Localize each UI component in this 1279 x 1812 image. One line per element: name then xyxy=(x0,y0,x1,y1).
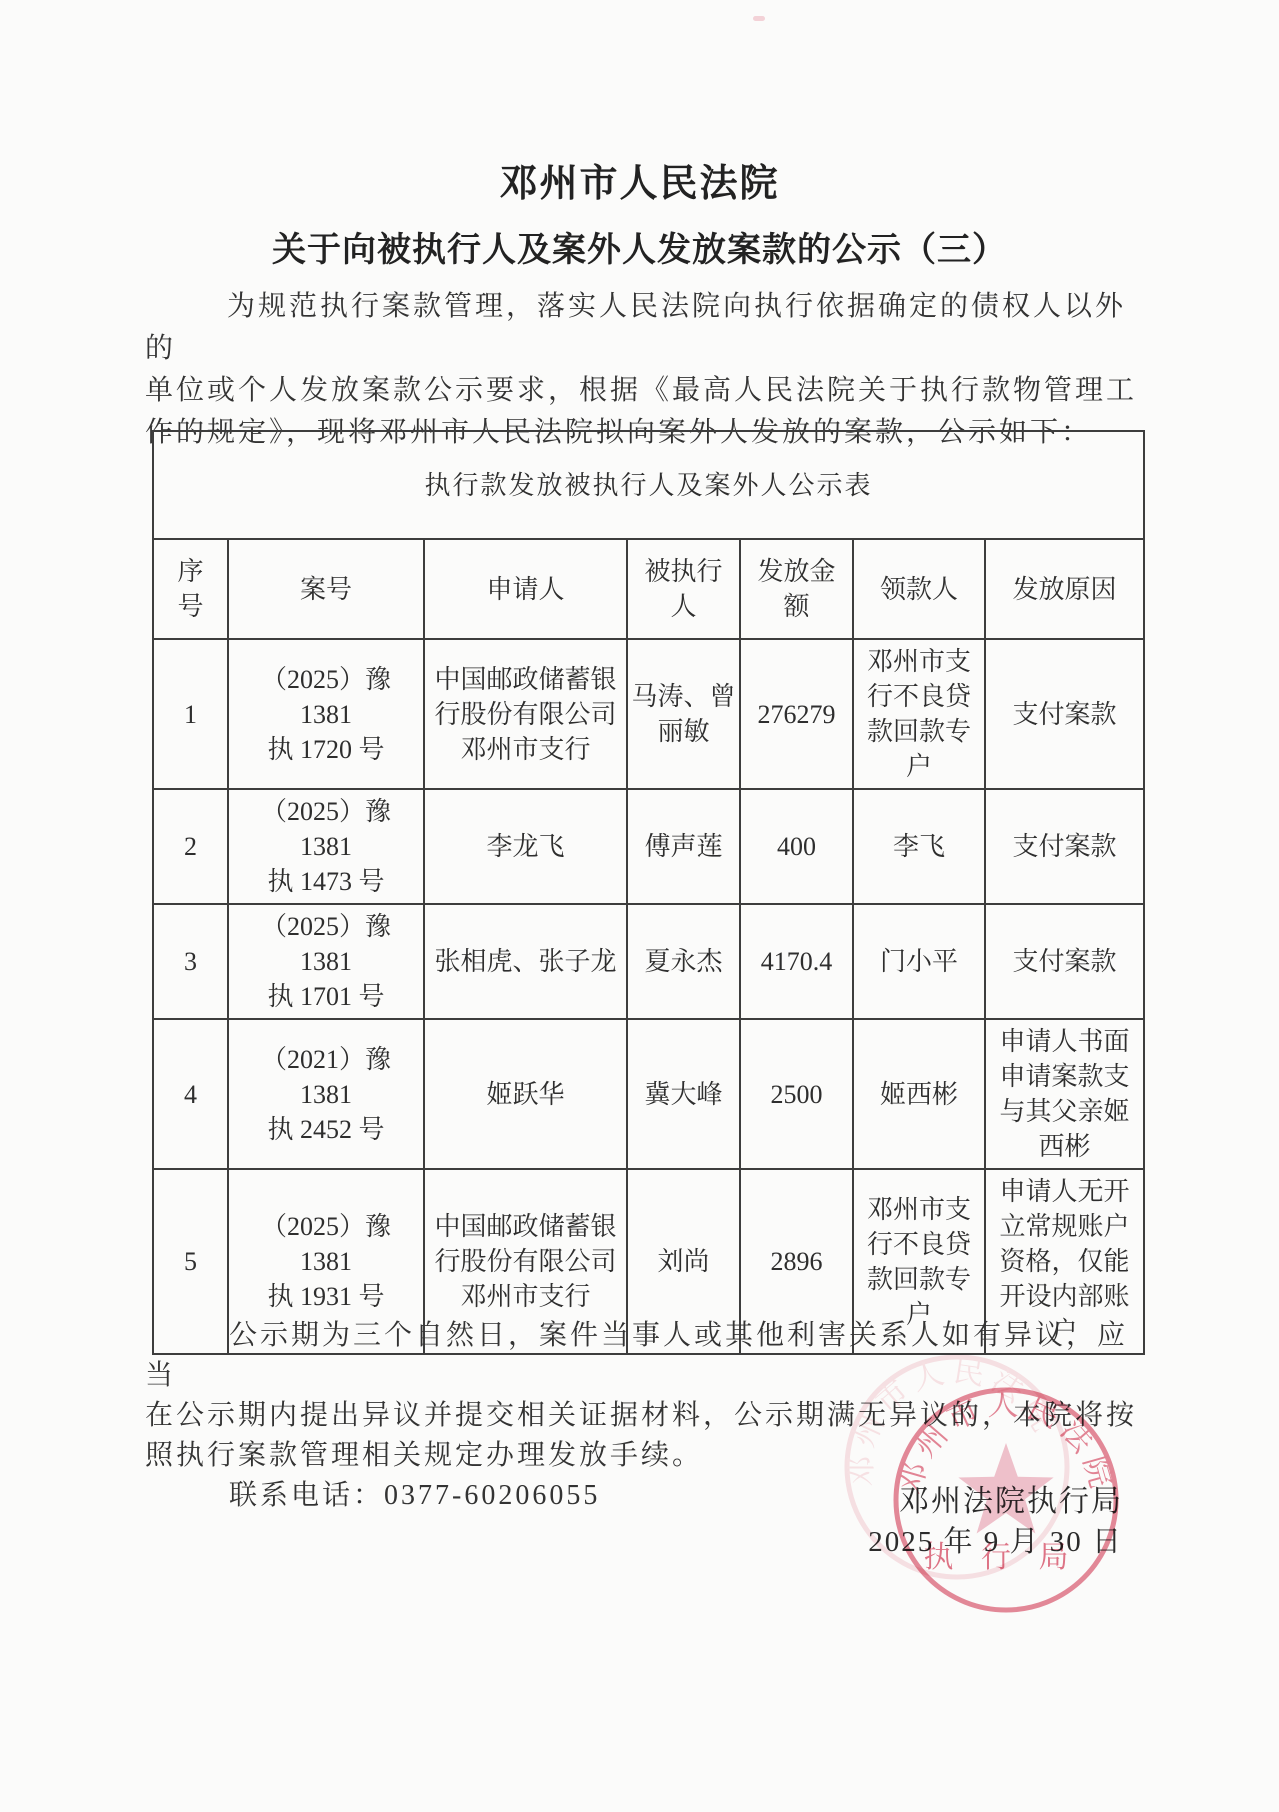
row-4-reason: 申请人书面申请案款支与其父亲姬西彬 xyxy=(985,1019,1144,1169)
table-caption: 执行款发放被执行人及案外人公示表 xyxy=(153,431,1144,539)
case-number-line: 执 1473 号 xyxy=(237,864,415,899)
row-4-amount: 2500 xyxy=(740,1019,853,1169)
row-2-seq: 2 xyxy=(153,789,228,904)
case-number-line: （2021）豫 1381 xyxy=(237,1042,415,1112)
case-number-line: （2025）豫 1381 xyxy=(237,662,415,732)
row-1-reason: 支付案款 xyxy=(985,639,1144,789)
table-row: 4 （2021）豫 1381 执 2452 号 姬跃华 冀大峰 2500 姬西彬… xyxy=(153,1019,1144,1169)
header-amount: 发放金额 xyxy=(740,539,853,639)
row-1-respondent: 马涛、曾丽敏 xyxy=(627,639,740,789)
closing-line-1: 公示期为三个自然日，案件当事人或其他利害关系人如有异议，应当 xyxy=(145,1316,1140,1396)
header-seq: 序号 xyxy=(153,539,228,639)
table-row: 3 （2025）豫 1381 执 1701 号 张相虎、张子龙 夏永杰 4170… xyxy=(153,904,1144,1019)
scan-ink-smudge xyxy=(753,16,765,21)
row-2-payee: 李飞 xyxy=(853,789,985,904)
closing-line-3: 照执行案款管理相关规定办理发放手续。 xyxy=(145,1436,1140,1476)
header-respondent: 被执行人 xyxy=(627,539,740,639)
row-2-reason: 支付案款 xyxy=(985,789,1144,904)
row-4-case-number: （2021）豫 1381 执 2452 号 xyxy=(228,1019,424,1169)
table-row: 1 （2025）豫 1381 执 1720 号 中国邮政储蓄银行股份有限公司邓州… xyxy=(153,639,1144,789)
row-1-seq: 1 xyxy=(153,639,228,789)
case-funds-table: 执行款发放被执行人及案外人公示表 序号 案号 申请人 被执行人 发放金额 领款人… xyxy=(152,430,1145,1355)
row-2-case-number: （2025）豫 1381 执 1473 号 xyxy=(228,789,424,904)
case-number-line: （2025）豫 1381 xyxy=(237,909,415,979)
case-number-line: 执 1701 号 xyxy=(237,979,415,1014)
row-1-applicant: 中国邮政储蓄银行股份有限公司邓州市支行 xyxy=(424,639,627,789)
signature-block: 邓州法院执行局 2025 年 9 月 30 日 xyxy=(868,1482,1123,1562)
row-2-amount: 400 xyxy=(740,789,853,904)
row-4-payee: 姬西彬 xyxy=(853,1019,985,1169)
page-subtitle: 关于向被执行人及案外人发放案款的公示（三） xyxy=(0,222,1279,271)
case-number-line: （2025）豫 1381 xyxy=(237,1209,415,1279)
row-3-seq: 3 xyxy=(153,904,228,1019)
row-4-seq: 4 xyxy=(153,1019,228,1169)
row-4-applicant: 姬跃华 xyxy=(424,1019,627,1169)
header-reason: 发放原因 xyxy=(985,539,1144,639)
row-3-reason: 支付案款 xyxy=(985,904,1144,1019)
table-caption-row: 执行款发放被执行人及案外人公示表 xyxy=(153,431,1144,539)
row-4-respondent: 冀大峰 xyxy=(627,1019,740,1169)
case-number-line: 执 1931 号 xyxy=(237,1279,415,1314)
table-row: 2 （2025）豫 1381 执 1473 号 李龙飞 傅声莲 400 李飞 支… xyxy=(153,789,1144,904)
case-number-line: （2025）豫 1381 xyxy=(237,794,415,864)
row-3-respondent: 夏永杰 xyxy=(627,904,740,1019)
case-number-line: 执 1720 号 xyxy=(237,732,415,767)
row-3-applicant: 张相虎、张子龙 xyxy=(424,904,627,1019)
page-title: 邓州市人民法院 xyxy=(0,152,1279,207)
row-3-payee: 门小平 xyxy=(853,904,985,1019)
table-header-row: 序号 案号 申请人 被执行人 发放金额 领款人 发放原因 xyxy=(153,539,1144,639)
row-1-payee: 邓州市支行不良贷款回款专户 xyxy=(853,639,985,789)
header-applicant: 申请人 xyxy=(424,539,627,639)
header-payee: 领款人 xyxy=(853,539,985,639)
header-case-number: 案号 xyxy=(228,539,424,639)
row-2-applicant: 李龙飞 xyxy=(424,789,627,904)
signature-date: 2025 年 9 月 30 日 xyxy=(868,1522,1123,1562)
row-3-amount: 4170.4 xyxy=(740,904,853,1019)
case-number-line: 执 2452 号 xyxy=(237,1112,415,1147)
signer-name: 邓州法院执行局 xyxy=(868,1482,1123,1522)
closing-line-2: 在公示期内提出异议并提交相关证据材料，公示期满无异议的，本院将按 xyxy=(145,1396,1140,1436)
row-1-amount: 276279 xyxy=(740,639,853,789)
row-2-respondent: 傅声莲 xyxy=(627,789,740,904)
intro-line-2: 单位或个人发放案款公示要求，根据《最高人民法院关于执行款物管理工 xyxy=(145,370,1140,412)
intro-paragraph: 为规范执行案款管理，落实人民法院向执行依据确定的债权人以外的 单位或个人发放案款… xyxy=(145,286,1140,454)
document-page: 邓州市人民法院 关于向被执行人及案外人发放案款的公示（三） 为规范执行案款管理，… xyxy=(0,0,1279,1812)
row-3-case-number: （2025）豫 1381 执 1701 号 xyxy=(228,904,424,1019)
row-1-case-number: （2025）豫 1381 执 1720 号 xyxy=(228,639,424,789)
intro-line-1: 为规范执行案款管理，落实人民法院向执行依据确定的债权人以外的 xyxy=(145,286,1140,370)
